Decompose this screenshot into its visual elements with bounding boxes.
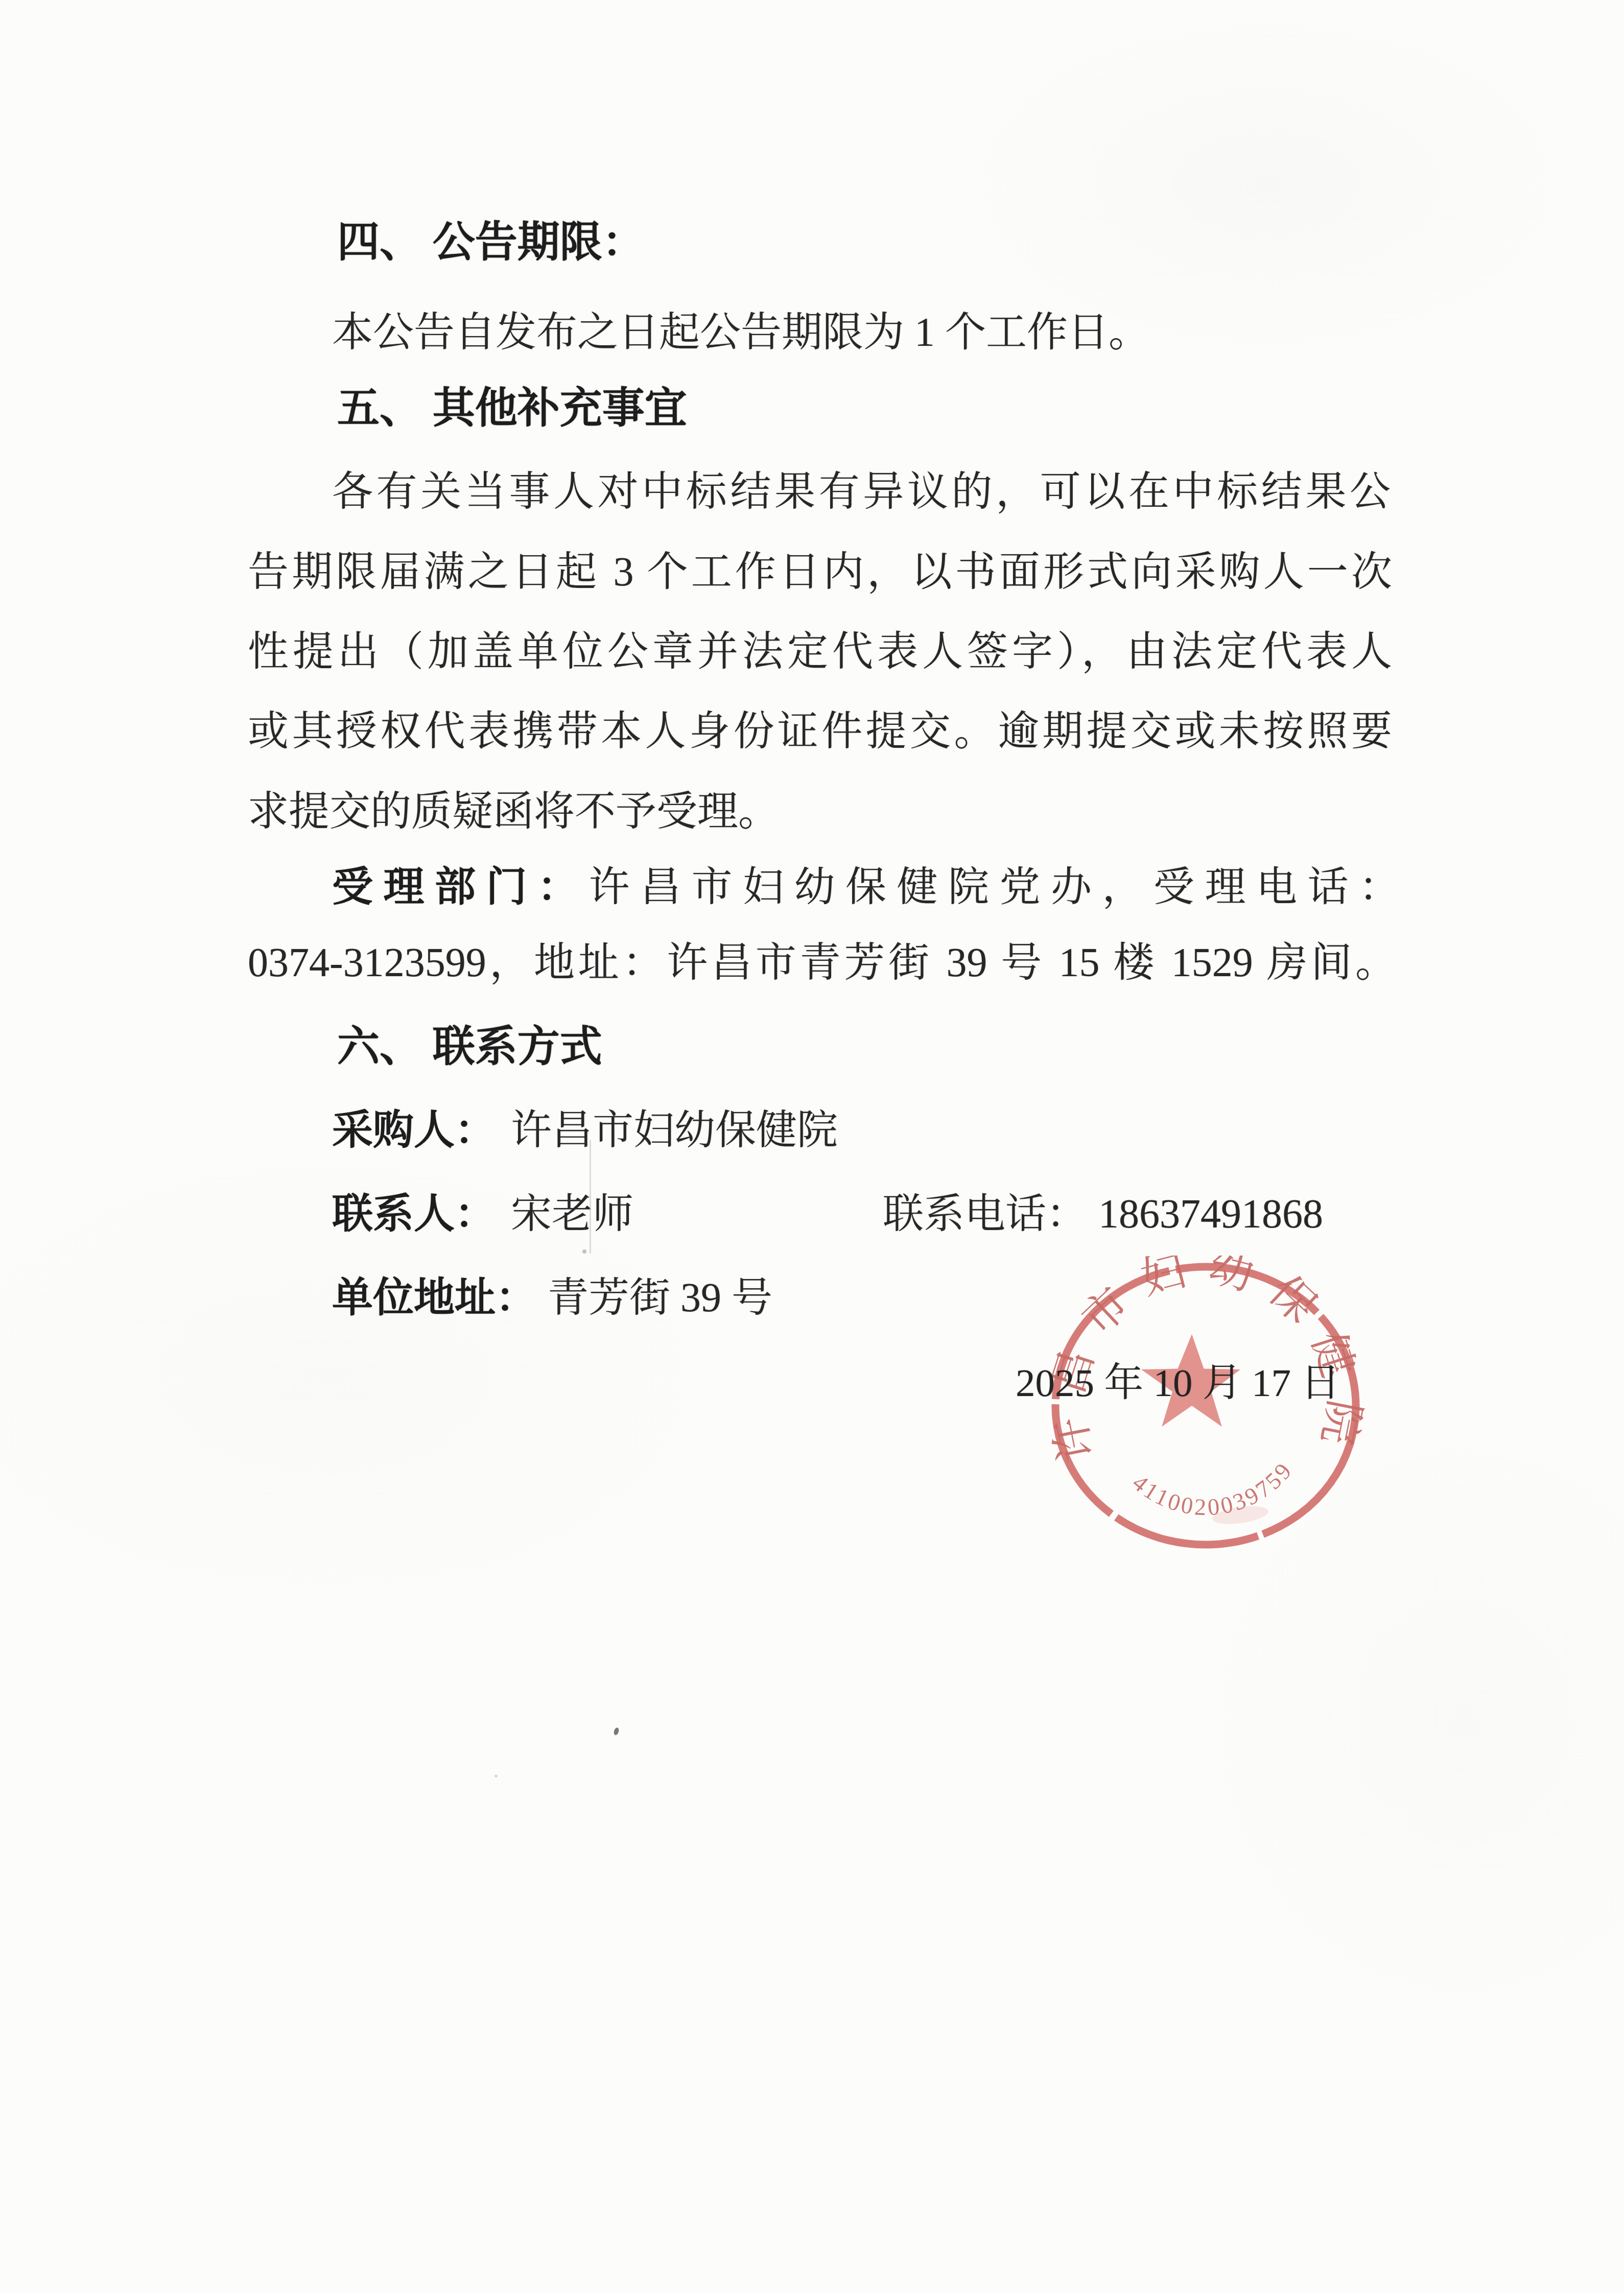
scan-speck [582, 1249, 586, 1254]
scan-speck [495, 1775, 498, 1778]
section4-heading: 四、 公告期限： [337, 214, 645, 270]
address-label: 单位地址： [332, 1275, 536, 1320]
issue-date: 2025 年 10 月 17 日 [1016, 1355, 1340, 1411]
paragraph-line: 各有关当事人对中标结果有异议的，可以在中标结果公 [332, 464, 1391, 520]
paragraph-line: 求提交的质疑函将不予受理。 [248, 784, 779, 840]
phone-value: 18637491868 [1098, 1192, 1323, 1237]
scan-artifact-line [590, 1140, 591, 1254]
scan-speck [613, 1727, 620, 1736]
section5-heading: 五、 其他补充事宜 [337, 380, 687, 436]
address-value: 青芳街 39 号 [548, 1275, 772, 1320]
acceptance-dept-line: 受理部门：许昌市妇幼保健院党办，受理电话： [332, 859, 1400, 915]
section4-body: 本公告自发布之日起公告期限为 1 个工作日。 [332, 304, 1149, 361]
purchaser-label: 采购人： [332, 1108, 496, 1153]
contact-label: 联系人： [332, 1192, 496, 1237]
phone-row: 联系电话：18637491868 [883, 1186, 1323, 1242]
scanned-announcement-page: 四、 公告期限： 本公告自发布之日起公告期限为 1 个工作日。 五、 其他补充事… [0, 0, 1624, 2294]
acceptance-dept-label: 受理部门： [332, 865, 589, 910]
address-row: 单位地址：青芳街 39 号 [332, 1270, 772, 1326]
purchaser-row: 采购人：许昌市妇幼保健院 [332, 1102, 838, 1158]
seal-serial-number: 4110020039759 [1127, 1456, 1298, 1520]
svg-text:4110020039759: 4110020039759 [1127, 1456, 1298, 1520]
paragraph-line: 或其授权代表携带本人身份证件提交。逾期提交或未按照要 [248, 703, 1392, 760]
purchaser-value: 许昌市妇幼保健院 [511, 1108, 838, 1153]
acceptance-dept-text: 许昌市妇幼保健院党办，受理电话： [589, 865, 1400, 910]
contact-value: 宋老师 [511, 1192, 633, 1237]
contact-row: 联系人：宋老师 [332, 1186, 633, 1242]
phone-label: 联系电话： [883, 1192, 1087, 1237]
section6-heading: 六、 联系方式 [337, 1019, 602, 1075]
acceptance-address-line: 0374-3123599，地址：许昌市青芳街 39 号 15 楼 1529 房间… [248, 935, 1396, 991]
paragraph-line: 告期限届满之日起 3 个工作日内，以书面形式向采购人一次 [248, 544, 1392, 600]
paragraph-line: 性提出（加盖单位公章并法定代表人签字），由法定代表人 [248, 624, 1392, 680]
